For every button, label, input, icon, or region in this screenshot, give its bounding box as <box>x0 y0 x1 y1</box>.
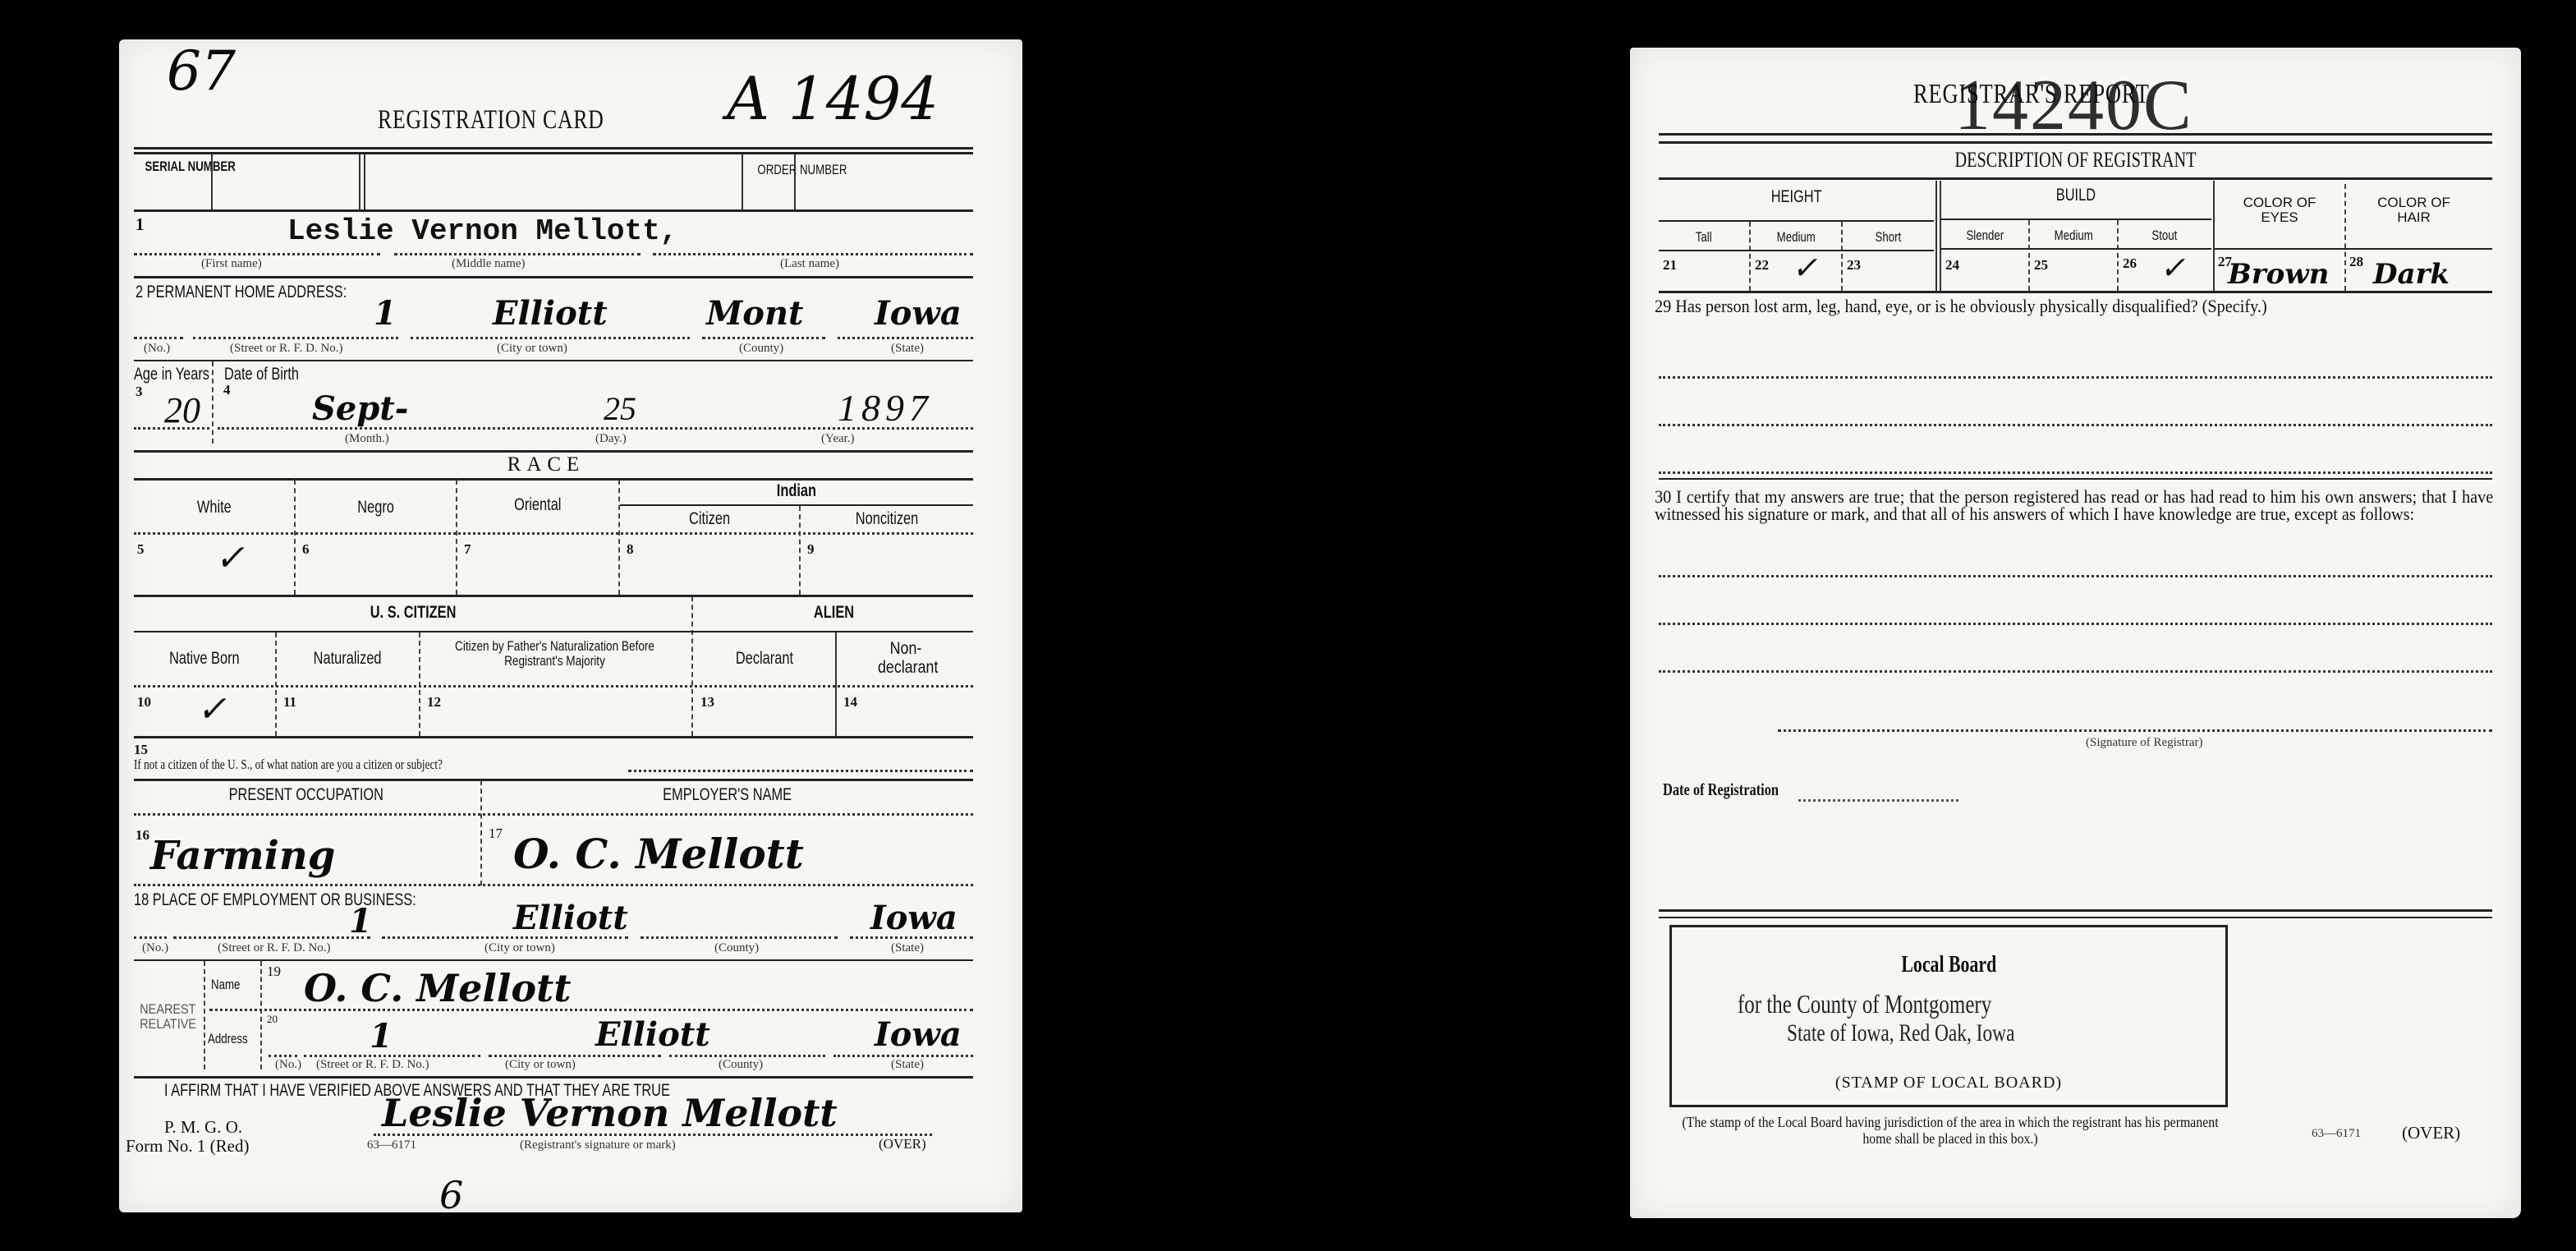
employer-heading: EMPLOYER'S NAME <box>482 785 973 804</box>
field-number-20: 20 <box>267 1014 278 1025</box>
field-number-1: 1 <box>135 215 145 234</box>
date-of-registration-field[interactable] <box>1798 787 1958 802</box>
race-indian-citizen-label: Citizen <box>620 509 799 528</box>
place-of-employment-heading: 18 PLACE OF EMPLOYMENT OR BUSINESS: <box>134 890 496 909</box>
employment-address-state[interactable]: Iowa <box>870 899 957 937</box>
dob-label: Date of Birth <box>224 365 320 384</box>
field-number-13: 13 <box>700 695 714 710</box>
field-number-14: 14 <box>843 695 857 710</box>
relative-name-value[interactable]: O. C. Mellott <box>304 966 572 1010</box>
field-number-23: 23 <box>1847 258 1861 273</box>
stamp-county: for the County of Montgomery <box>1738 989 2063 1019</box>
serial-number-label: SERIAL NUMBER <box>132 159 210 174</box>
relative-street-label: (Street or R. F. D. No.) <box>316 1058 429 1072</box>
home-address-state[interactable]: Iowa <box>875 294 962 333</box>
dob-year-label: (Year.) <box>821 432 855 446</box>
race-white-label: White <box>134 498 294 517</box>
registrar-signature-label: (Signature of Registrar) <box>2086 736 2202 750</box>
field-number-24: 24 <box>1945 258 1959 273</box>
bottom-handwritten-mark: 6 <box>439 1173 463 1217</box>
address-street-label: (Street or R. F. D. No.) <box>230 342 343 356</box>
local-board-stamp-box: Local Board for the County of Montgomery… <box>1669 925 2228 1107</box>
field-number-25: 25 <box>2034 258 2048 273</box>
race-indian-label: Indian <box>620 481 973 500</box>
build-stout-checkmark[interactable]: ✓ <box>2158 250 2192 286</box>
address-state-label: (State) <box>891 342 924 356</box>
employment-state-label: (State) <box>891 941 924 955</box>
declarant-label: Declarant <box>694 649 835 668</box>
dob-day-label: (Day.) <box>595 432 627 446</box>
over-label: (OVER) <box>879 1137 926 1152</box>
us-citizen-heading: U. S. CITIZEN <box>134 603 692 622</box>
citizen-by-father-label: Citizen by Father's Naturalization Befor… <box>421 639 688 669</box>
eyes-heading: COLOR OF EYES <box>2215 195 2344 225</box>
home-address-heading: 2 PERMANENT HOME ADDRESS: <box>135 283 406 301</box>
relative-state-label: (State) <box>891 1058 924 1072</box>
registrant-signature[interactable]: Leslie Vernon Mellott <box>382 1091 838 1135</box>
stamp-instructions: (The stamp of the Local Board having jur… <box>1663 1114 2238 1147</box>
field-number-7: 7 <box>464 542 471 557</box>
signature-label: (Registrant's signature or mark) <box>520 1138 676 1152</box>
stamp-local-board: Local Board <box>1672 952 2225 978</box>
field-number-16: 16 <box>135 828 149 843</box>
form-code: 63—6171 <box>367 1138 416 1152</box>
address-county-label: (County) <box>739 342 783 356</box>
order-number-label: ORDER NUMBER <box>745 163 790 177</box>
home-address-county[interactable]: Mont <box>706 294 804 333</box>
field-number-10: 10 <box>137 695 151 710</box>
native-born-checkmark[interactable]: ✓ <box>195 688 235 730</box>
dob-month[interactable]: Sept- <box>312 389 408 428</box>
order-number-field[interactable] <box>797 158 970 207</box>
field-number-17: 17 <box>489 826 503 841</box>
employment-address-city[interactable]: Elliott <box>513 899 628 937</box>
registration-card-front: 67 REGISTRATION CARD A 1494 SERIAL NUMBE… <box>119 39 1022 1212</box>
back-form-code: 63—6171 <box>2312 1127 2361 1141</box>
non-declarant-label: Non-declarant <box>838 639 973 677</box>
registration-card-back: REGISTRAR'S REPORT 14240C DESCRIPTION OF… <box>1630 48 2521 1218</box>
address-city-label: (City or town) <box>497 342 567 356</box>
field-number-11: 11 <box>283 695 296 710</box>
middle-name-label: (Middle name) <box>452 257 526 271</box>
relative-city-label: (City or town) <box>505 1058 576 1072</box>
nationality-field[interactable] <box>628 756 973 772</box>
field-number-28: 28 <box>2349 255 2363 269</box>
registrar-signature-field[interactable] <box>1786 705 2492 728</box>
relative-no-label: (No.) <box>275 1058 301 1072</box>
relative-name-label: Name <box>211 977 248 992</box>
card-number-handwritten: 67 <box>167 39 236 103</box>
first-name-label: (First name) <box>201 257 262 271</box>
address-no-label: (No.) <box>144 342 170 356</box>
relative-address-label: Address <box>208 1032 259 1046</box>
field-number-9: 9 <box>807 542 815 557</box>
race-negro-label: Negro <box>296 498 456 517</box>
field-number-5: 5 <box>137 542 145 557</box>
registration-number: A 1494 <box>727 64 939 133</box>
dob-month-label: (Month.) <box>345 432 389 446</box>
field-number-15: 15 <box>134 743 148 757</box>
field-number-4: 4 <box>223 383 231 398</box>
employer-name-value[interactable]: O. C. Mellott <box>513 830 804 878</box>
height-medium-checkmark[interactable]: ✓ <box>1790 250 1824 286</box>
relative-address-state[interactable]: Iowa <box>875 1015 962 1054</box>
occupation-value[interactable]: Farming <box>150 833 335 879</box>
relative-county-label: (County) <box>719 1058 763 1072</box>
nearest-relative-label: NEAREST RELATIVE <box>135 1002 209 1032</box>
employment-no-label: (No.) <box>142 941 168 955</box>
height-heading: HEIGHT <box>1659 187 1934 206</box>
hair-color-value[interactable]: Dark <box>2373 258 2450 291</box>
nationality-question: If not a citizen of the U. S., of what n… <box>134 757 530 772</box>
hair-heading: COLOR OF HAIR <box>2346 195 2482 225</box>
employment-city-label: (City or town) <box>484 941 555 955</box>
field-number-3: 3 <box>135 384 143 399</box>
age-value[interactable]: 20 <box>164 389 200 431</box>
build-slender-label: Slender <box>1942 228 2028 243</box>
height-short-label: Short <box>1843 230 1933 245</box>
serial-number-field[interactable] <box>214 158 358 207</box>
field-number-22: 22 <box>1755 258 1769 273</box>
description-heading: DESCRIPTION OF REGISTRANT <box>1630 148 2521 172</box>
dob-year[interactable]: 1897 <box>838 386 933 430</box>
employment-address-number[interactable]: 1 <box>349 902 372 941</box>
stamp-state: State of Iowa, Red Oak, Iowa <box>1787 1019 2079 1047</box>
employment-county-label: (County) <box>714 941 759 955</box>
last-name-label: (Last name) <box>780 257 839 271</box>
employment-street-label: (Street or R. F. D. No.) <box>218 941 331 955</box>
dob-day[interactable]: 25 <box>604 389 636 428</box>
relative-address-city[interactable]: Elliott <box>595 1015 710 1054</box>
home-address-number[interactable]: 1 <box>374 294 397 333</box>
race-oriental-label: Oriental <box>457 495 618 514</box>
height-medium-label: Medium <box>1751 230 1841 245</box>
form-number-label: Form No. 1 (Red) <box>126 1137 250 1156</box>
home-address-city[interactable]: Elliott <box>493 294 608 333</box>
field-number-6: 6 <box>302 542 310 557</box>
alien-heading: ALIEN <box>694 603 973 622</box>
question-29: 29 Has person lost arm, leg, hand, eye, … <box>1655 296 2500 317</box>
stamp-caption: (STAMP OF LOCAL BOARD) <box>1672 1074 2225 1092</box>
occupation-heading: PRESENT OCCUPATION <box>134 785 479 804</box>
question-30: 30 I certify that my answers are true; t… <box>1655 488 2500 522</box>
field-number-19: 19 <box>267 964 281 979</box>
build-medium-label: Medium <box>2031 228 2117 243</box>
build-stout-label: Stout <box>2119 228 2210 243</box>
registrant-name[interactable]: Leslie Vernon Mellott, <box>287 214 677 248</box>
card-title: REGISTRATION CARD <box>378 105 668 136</box>
pmgo-label: P. M. G. O. <box>164 1118 242 1137</box>
back-over-label: (OVER) <box>2402 1124 2460 1143</box>
date-of-registration-label: Date of Registration <box>1663 780 1811 799</box>
race-white-checkmark[interactable]: ✓ <box>214 537 253 579</box>
field-number-26: 26 <box>2123 256 2137 271</box>
height-tall-label: Tall <box>1659 230 1749 245</box>
relative-address-number[interactable]: 1 <box>370 1017 393 1056</box>
build-heading: BUILD <box>1940 186 2211 205</box>
field-number-21: 21 <box>1663 258 1677 273</box>
field-number-12: 12 <box>427 695 441 710</box>
race-heading: RACE <box>119 453 973 476</box>
age-label: Age in Years <box>134 365 231 384</box>
race-indian-noncitizen-label: Noncitizen <box>801 509 973 528</box>
eye-color-value[interactable]: Brown <box>2228 258 2329 291</box>
naturalized-label: Naturalized <box>277 649 418 668</box>
field-number-8: 8 <box>627 542 634 557</box>
native-born-label: Native Born <box>134 649 275 668</box>
